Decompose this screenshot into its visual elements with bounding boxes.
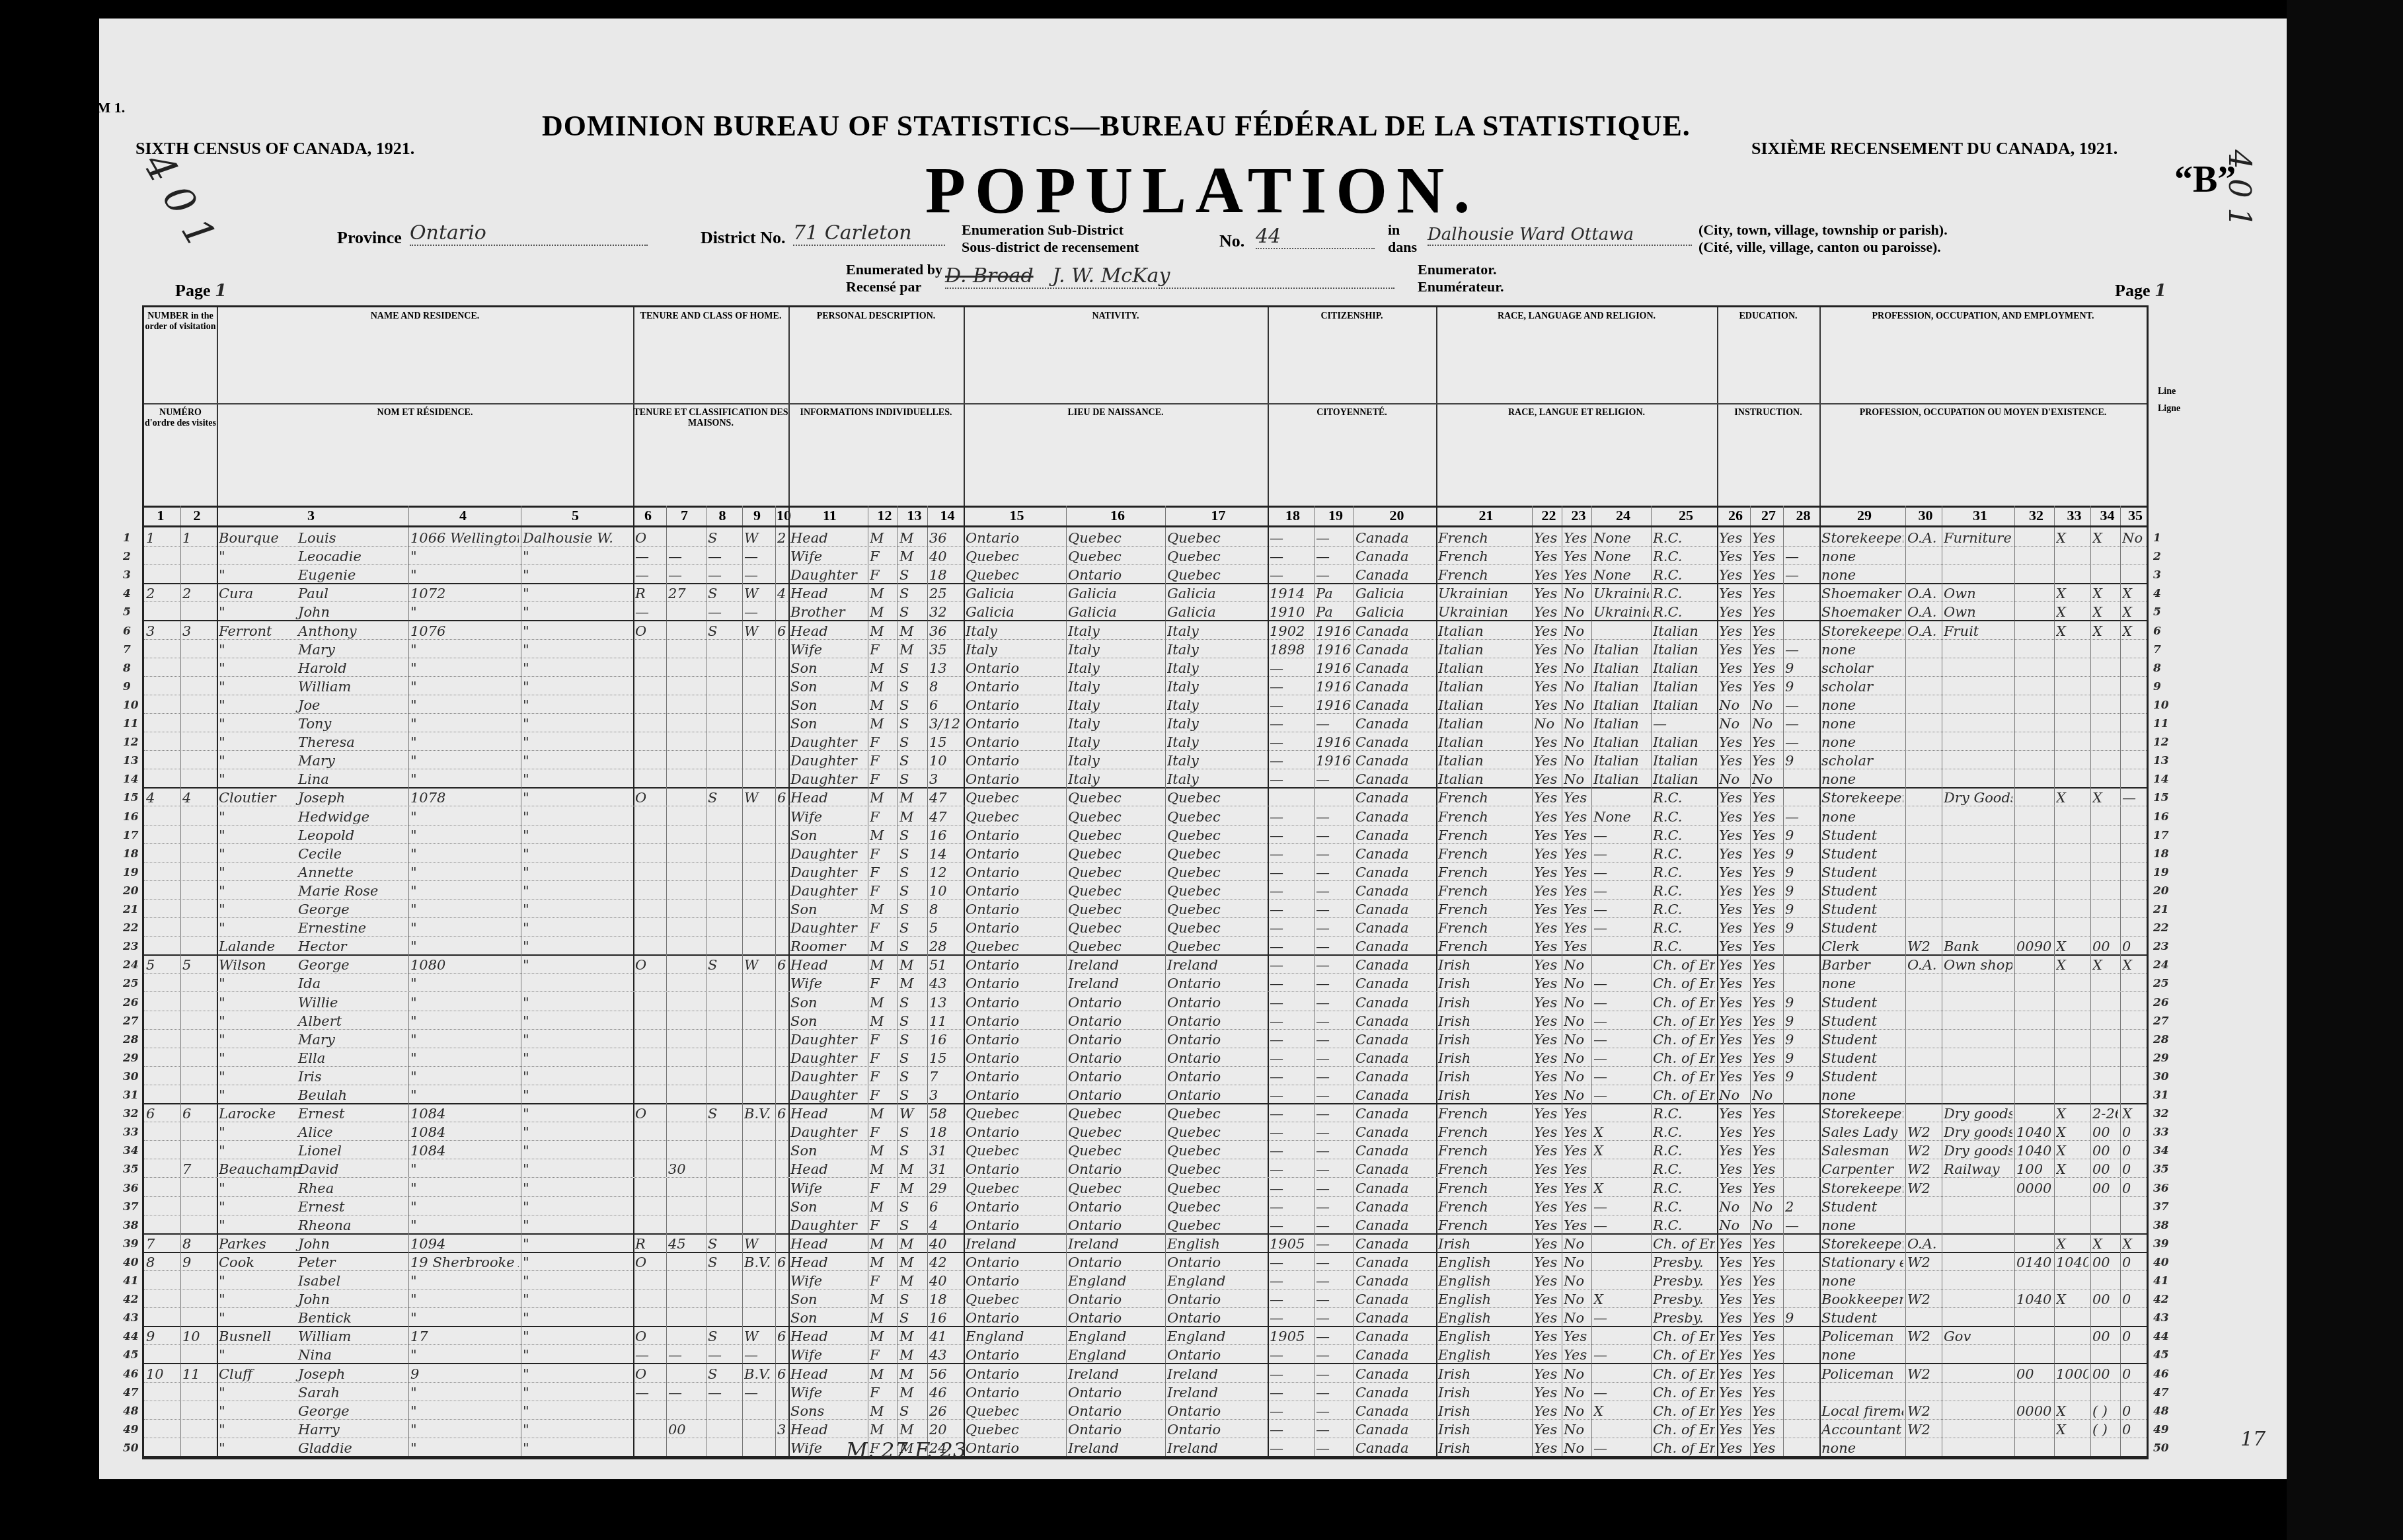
cell-relig: R.C. <box>1653 549 1715 564</box>
cell-origin: Italian <box>1438 660 1530 676</box>
column-divider <box>1783 1215 1784 1233</box>
surname: " <box>219 549 298 564</box>
cell-name: "Iris <box>219 1069 406 1085</box>
column-divider <box>742 769 743 787</box>
column-divider <box>1314 676 1315 695</box>
column-divider <box>521 936 521 954</box>
column-divider <box>742 936 743 954</box>
column-divider <box>1942 1159 1942 1177</box>
cell-occ: none <box>1821 642 1903 658</box>
cell-wk2: X <box>2122 586 2145 601</box>
column-divider <box>927 1382 928 1401</box>
cell-write: Yes <box>1752 1143 1781 1159</box>
cell-mat: B.V. <box>744 1254 773 1270</box>
line-number-right: 28 <box>2153 1033 2169 1046</box>
cell-nationality: Canada <box>1355 679 1434 695</box>
column-divider <box>788 732 790 750</box>
cell-mar: M <box>899 1180 925 1196</box>
column-divider <box>1562 936 1562 954</box>
cell-rel: Son <box>790 828 866 843</box>
given-name: Isabel <box>298 1273 340 1289</box>
column-divider <box>633 1307 634 1326</box>
column-divider <box>1942 1215 1942 1233</box>
column-divider <box>1066 1085 1067 1103</box>
column-divider <box>788 1159 790 1177</box>
column-divider <box>2120 1140 2121 1159</box>
column-divider <box>1905 1122 1906 1140</box>
cell-wk1: 00 <box>2092 1291 2118 1307</box>
cell-age: 42 <box>929 1254 962 1270</box>
column-divider <box>1942 1085 1942 1103</box>
cell-emp: O.A. <box>1907 586 1940 601</box>
column-divider <box>2120 843 2121 862</box>
cell-eng: Yes <box>1534 1161 1560 1177</box>
cell-name: "Eugenie <box>219 567 406 583</box>
column-divider <box>633 1252 634 1270</box>
cell-muni: " <box>523 809 631 825</box>
column-divider <box>180 695 181 713</box>
column-divider <box>897 1307 898 1326</box>
column-divider <box>2090 564 2091 583</box>
cell-imm: — <box>1270 1032 1312 1048</box>
table-row: "Tony""SonMS3/12OntarioItalyItaly——Canad… <box>144 713 2147 732</box>
table-row: "Ida"WifeFM43OntarioIrelandOntario——Cana… <box>144 973 2147 992</box>
cell-nationality: Canada <box>1355 828 1434 843</box>
line-number-right: 39 <box>2153 1237 2169 1251</box>
place-note-en: (City, town, village, township or parish… <box>1698 221 1948 239</box>
cell-addr: " <box>410 883 519 899</box>
column-divider <box>2054 1438 2055 1456</box>
cell-nationality: Canada <box>1355 865 1434 880</box>
column-divider <box>868 992 868 1011</box>
cell-addr: " <box>410 902 519 917</box>
cell-nationality: Canada <box>1355 1087 1434 1103</box>
column-divider <box>742 1364 743 1382</box>
cell-sex: F <box>870 549 896 564</box>
cell-read: Yes <box>1719 828 1748 843</box>
column-divider <box>521 1103 521 1122</box>
column-divider <box>1819 1159 1821 1177</box>
column-divider <box>2090 973 2091 991</box>
column-divider <box>521 1233 521 1252</box>
column-divider <box>1436 527 1437 546</box>
column-divider <box>1819 1233 1821 1252</box>
column-divider <box>666 899 667 917</box>
column-divider <box>897 601 898 620</box>
column-divider <box>775 601 776 620</box>
column-divider <box>788 1103 790 1122</box>
cell-nationality: Canada <box>1355 809 1434 825</box>
column-divider <box>706 825 706 843</box>
cell-fre: No <box>1564 1422 1589 1438</box>
column-divider <box>706 1103 706 1122</box>
cell-fre: No <box>1564 697 1589 713</box>
cell-nationality: Canada <box>1355 1236 1434 1252</box>
cell-fob: Ontario <box>1068 1199 1163 1215</box>
cell-fob: England <box>1068 1347 1163 1363</box>
cell-fob: Ontario <box>1068 1032 1163 1048</box>
cell-age: 3 <box>929 1087 962 1103</box>
surname: " <box>219 642 298 658</box>
cell-mob: Quebec <box>1167 920 1266 936</box>
column-divider <box>706 506 706 525</box>
cell-imm: — <box>1270 939 1312 954</box>
column-divider <box>1532 917 1533 936</box>
cell-age: 16 <box>929 1310 962 1326</box>
column-divider <box>633 1344 634 1363</box>
line-number: 12 <box>123 736 139 749</box>
line-number-right: 19 <box>2153 866 2169 879</box>
table-row: "Harold""SonMS13OntarioItalyItaly—1916Ca… <box>144 658 2147 677</box>
cell-eng: Yes <box>1534 1106 1560 1122</box>
column-divider <box>1268 1122 1269 1140</box>
column-divider <box>1819 546 1821 564</box>
column-divider <box>775 750 776 769</box>
column-divider <box>408 583 409 601</box>
cell-mar: S <box>899 865 925 880</box>
line-number-right: 8 <box>2153 662 2161 675</box>
cell-fam: 6 <box>182 1106 215 1122</box>
cell-mar: S <box>899 660 925 676</box>
cell-name: "Sarah <box>219 1385 406 1401</box>
column-divider <box>1819 1011 1821 1029</box>
cell-tongue: Italian <box>1593 697 1649 713</box>
cell-relig: Italian <box>1653 679 1715 695</box>
column-divider <box>1591 936 1592 954</box>
cell-imm: — <box>1270 809 1312 825</box>
given-name: Beulah <box>298 1087 347 1103</box>
column-divider <box>1905 1178 1906 1196</box>
column-divider <box>1562 1011 1562 1029</box>
cell-occ: none <box>1821 1217 1903 1233</box>
cell-nationality: Canada <box>1355 567 1434 583</box>
column-divider <box>1066 546 1067 564</box>
cell-fam: 3 <box>182 623 215 639</box>
cell-fre: Yes <box>1564 790 1589 806</box>
column-divider <box>666 527 667 546</box>
cell-nationality: Canada <box>1355 920 1434 936</box>
column-divider <box>868 1233 868 1252</box>
column-divider <box>1066 1066 1067 1085</box>
column-divider <box>521 917 521 936</box>
column-divider <box>775 583 776 601</box>
column-divider <box>788 1066 790 1085</box>
column-divider <box>1354 769 1354 787</box>
column-divider <box>2054 564 2055 583</box>
column-divider <box>1942 1011 1942 1029</box>
column-divider <box>2120 1029 2121 1048</box>
cell-sex: F <box>870 642 896 658</box>
column-divider <box>1066 954 1067 973</box>
column-divider <box>1717 1419 1718 1438</box>
column-divider <box>2054 1140 2055 1159</box>
cell-rel: Wife <box>790 1347 866 1363</box>
column-divider <box>1717 1011 1718 1029</box>
column-divider <box>217 917 218 936</box>
column-divider <box>1750 954 1751 973</box>
cell-nat_yr: — <box>1316 1403 1352 1419</box>
column-divider <box>1562 1103 1562 1122</box>
column-divider <box>2120 806 2121 825</box>
column-divider <box>897 769 898 787</box>
column-divider <box>742 787 743 806</box>
column-divider <box>1314 695 1315 713</box>
cell-sex: F <box>870 883 896 899</box>
cell-occ: none <box>1821 549 1903 564</box>
group-label-en: NATIVITY. <box>964 307 1268 322</box>
column-divider <box>2014 1196 2015 1215</box>
column-divider <box>1591 1103 1592 1122</box>
column-divider <box>1750 676 1751 695</box>
column-divider <box>1717 1122 1718 1140</box>
column-divider <box>1591 750 1592 769</box>
column-divider <box>633 1122 634 1140</box>
column-divider <box>2054 1382 2055 1401</box>
column-divider <box>217 954 218 973</box>
cell-mob: Ontario <box>1167 1254 1266 1270</box>
cell-origin: English <box>1438 1328 1530 1344</box>
column-divider <box>1651 1178 1652 1196</box>
column-divider <box>1066 1289 1067 1307</box>
line-number-right: 5 <box>2153 605 2161 619</box>
column-divider <box>521 1307 521 1326</box>
cell-name: "Leopold <box>219 828 406 843</box>
cell-pob: Ontario <box>966 697 1064 713</box>
cell-relig: Presby. <box>1653 1254 1715 1270</box>
column-divider <box>2090 1103 2091 1122</box>
cell-school: 9 <box>1785 679 1817 695</box>
column-divider <box>868 583 868 601</box>
column-divider <box>1905 1270 1906 1289</box>
cell-sex: M <box>870 623 896 639</box>
column-divider <box>788 1178 790 1196</box>
column-divider <box>788 880 790 899</box>
column-divider <box>1066 1233 1067 1252</box>
column-divider <box>1717 1252 1718 1270</box>
column-divider <box>1717 954 1718 973</box>
cell-name: "Cecile <box>219 846 406 862</box>
cell-nationality: Canada <box>1355 1180 1434 1196</box>
column-divider <box>217 1419 218 1438</box>
column-divider <box>1354 787 1354 806</box>
column-divider <box>1717 899 1718 917</box>
column-divider <box>2120 658 2121 676</box>
column-divider <box>1783 806 1784 825</box>
cell-cls: — <box>708 1385 740 1401</box>
column-divider <box>1532 639 1533 658</box>
line-number-right: 38 <box>2153 1219 2169 1232</box>
cell-wk2: 0 <box>2122 1143 2145 1159</box>
cell-fob: Ontario <box>1068 1069 1163 1085</box>
line-number-right: 36 <box>2153 1182 2169 1195</box>
cell-sex: M <box>870 957 896 973</box>
column-divider <box>868 601 868 620</box>
column-divider <box>742 1215 743 1233</box>
cell-relig: Ch. of Eng. <box>1653 1403 1715 1419</box>
line-number-right: 48 <box>2153 1405 2169 1418</box>
cell-cls: — <box>708 604 740 620</box>
column-divider <box>897 1048 898 1066</box>
given-name: Mary <box>298 753 335 769</box>
column-divider <box>706 1438 706 1456</box>
column-divider <box>1532 1178 1533 1196</box>
column-divider <box>1532 1066 1533 1085</box>
cell-addr: " <box>410 1217 519 1233</box>
cell-tongue: Ukrainian <box>1593 604 1649 620</box>
column-divider <box>1436 992 1437 1011</box>
cell-age: 47 <box>929 809 962 825</box>
surname: " <box>219 567 298 583</box>
column-divider <box>666 1196 667 1215</box>
column-divider <box>1717 917 1718 936</box>
table-row: "Sarah""————WifeFM46OntarioOntarioIrelan… <box>144 1382 2147 1401</box>
cell-fob: Quebec <box>1068 902 1163 917</box>
column-divider <box>1066 825 1067 843</box>
column-divider <box>775 880 776 899</box>
cell-nat_yr: — <box>1316 1273 1352 1289</box>
line-number-right: 49 <box>2153 1423 2169 1436</box>
column-divider <box>1532 787 1533 806</box>
cell-relig: R.C. <box>1653 586 1715 601</box>
cell-wk2: 0 <box>2122 1180 2145 1196</box>
column-divider <box>1651 1438 1652 1456</box>
cell-nat_yr: — <box>1316 883 1352 899</box>
column-divider <box>1532 1011 1533 1029</box>
cell-sex: M <box>870 679 896 695</box>
cell-eng: Yes <box>1534 697 1560 713</box>
column-divider <box>1750 1382 1751 1401</box>
cell-sex: M <box>870 1236 896 1252</box>
column-divider <box>1268 1196 1269 1215</box>
line-number-right: 46 <box>2153 1367 2169 1381</box>
cell-addr: 17 <box>410 1328 519 1344</box>
table-row: "Theresa""DaughterFS15OntarioItalyItaly—… <box>144 732 2147 751</box>
column-divider <box>1268 676 1269 695</box>
cell-fam: 9 <box>182 1254 215 1270</box>
cell-where: Own shop <box>1944 957 2012 973</box>
column-divider <box>1717 1215 1718 1233</box>
cell-read: Yes <box>1719 1180 1748 1196</box>
cell-rel: Daughter <box>790 1217 866 1233</box>
column-divider <box>1268 583 1269 601</box>
column-divider <box>1591 954 1592 973</box>
cell-mob: Italy <box>1167 697 1266 713</box>
cell-cls: S <box>708 1254 740 1270</box>
cell-mob: Ontario <box>1167 1013 1266 1029</box>
column-divider <box>742 880 743 899</box>
cell-fre: No <box>1564 976 1589 991</box>
column-divider <box>1314 1438 1315 1456</box>
column-number: 35 <box>2128 507 2143 524</box>
column-divider <box>706 769 706 787</box>
column-divider <box>1750 862 1751 880</box>
cell-pob: Ontario <box>966 716 1064 732</box>
column-divider <box>742 506 743 525</box>
cell-nat_yr: — <box>1316 1328 1352 1344</box>
column-divider <box>180 880 181 899</box>
column-divider <box>2014 546 2015 564</box>
line-number: 45 <box>123 1348 139 1362</box>
column-divider <box>742 583 743 601</box>
column-divider <box>1314 1011 1315 1029</box>
corner-mark: 17 <box>2240 1428 2266 1451</box>
column-divider <box>1314 1029 1315 1048</box>
surname: Bourque <box>219 530 298 546</box>
column-divider <box>408 1029 409 1048</box>
column-divider <box>521 1215 521 1233</box>
column-divider <box>788 1419 790 1438</box>
column-divider <box>964 806 965 825</box>
line-number-right: 7 <box>2153 643 2161 656</box>
column-divider <box>1651 1233 1652 1252</box>
table-row: "William""SonMS8OntarioItalyItaly—1916Ca… <box>144 676 2147 695</box>
column-divider <box>2090 1085 2091 1103</box>
column-divider <box>1591 1140 1592 1159</box>
column-divider <box>633 695 634 713</box>
cell-earn: 1040 <box>2016 1291 2052 1307</box>
province-label: Province <box>337 228 402 248</box>
line-number-right: 29 <box>2153 1052 2169 1065</box>
column-divider <box>1750 546 1751 564</box>
column-divider <box>897 695 898 713</box>
line-number-right: 33 <box>2153 1126 2169 1139</box>
cell-read: Yes <box>1719 567 1748 583</box>
line-number: 29 <box>123 1052 139 1065</box>
column-divider <box>180 825 181 843</box>
column-divider <box>2090 1364 2091 1382</box>
column-divider <box>1651 1011 1652 1029</box>
column-divider <box>742 899 743 917</box>
column-divider <box>1268 527 1269 546</box>
column-divider <box>666 1344 667 1363</box>
line-number: 50 <box>123 1442 139 1455</box>
column-divider <box>788 862 790 880</box>
table-row: "Alice1084"DaughterFS18OntarioQuebecQueb… <box>144 1122 2147 1141</box>
cell-occ: Storekeeper <box>1821 790 1903 806</box>
column-divider <box>868 1344 868 1363</box>
cell-fam: 10 <box>182 1328 215 1344</box>
column-divider <box>1165 601 1166 620</box>
given-name: Lina <box>298 771 329 787</box>
column-divider <box>2014 843 2015 862</box>
cell-origin: Irish <box>1438 1050 1530 1066</box>
given-name: Joe <box>298 697 321 713</box>
column-divider <box>1354 676 1354 695</box>
column-divider <box>868 621 868 639</box>
surname: " <box>219 846 298 862</box>
column-number: 32 <box>2029 507 2043 524</box>
column-divider <box>408 1122 409 1140</box>
column-divider <box>1905 1289 1906 1307</box>
column-divider <box>1066 936 1067 954</box>
column-divider <box>1819 583 1821 601</box>
cell-age: 58 <box>929 1106 962 1122</box>
column-divider <box>2054 1344 2055 1363</box>
cell-wk2: 0 <box>2122 1291 2145 1307</box>
column-divider <box>1651 601 1652 620</box>
cell-pob: Ontario <box>966 1161 1064 1177</box>
cell-mar: S <box>899 734 925 750</box>
cell-school: 9 <box>1785 1032 1817 1048</box>
cell-age: 6 <box>929 1199 962 1215</box>
column-divider <box>2120 1252 2121 1270</box>
cell-read: Yes <box>1719 734 1748 750</box>
cell-wk1: X <box>2092 623 2118 639</box>
column-divider <box>775 639 776 658</box>
column-divider <box>1532 862 1533 880</box>
cell-nat_yr: — <box>1316 1291 1352 1307</box>
cell-muni: " <box>523 1310 631 1326</box>
